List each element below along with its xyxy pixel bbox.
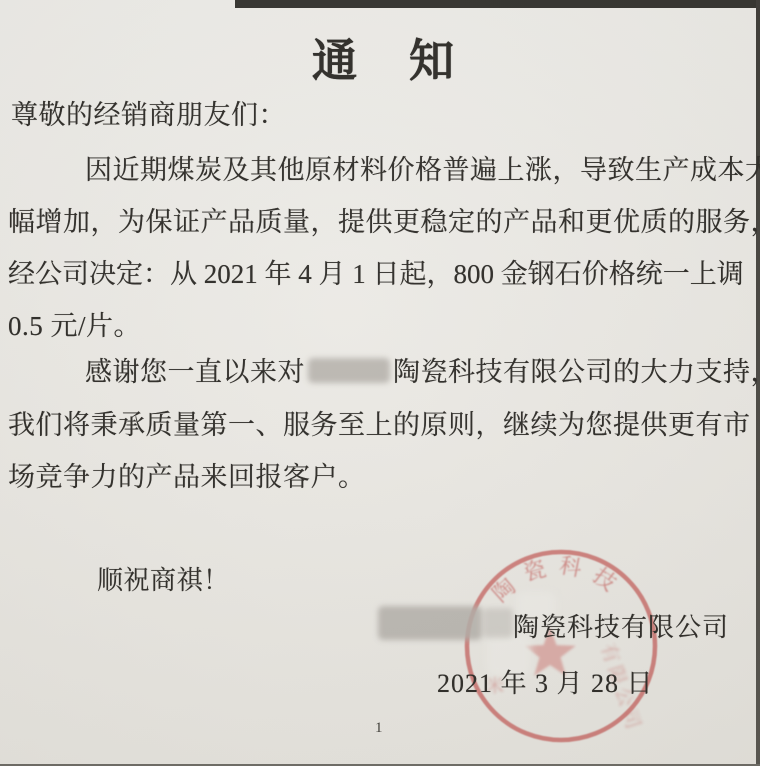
- notice-title: 通知: [312, 24, 506, 89]
- paragraph1-line3: 经公司决定：从 2021 年 4 月 1 日起，800 金钢石价格统一上调: [8, 258, 744, 290]
- svg-text:陶瓷科技: 陶瓷科技: [487, 552, 629, 606]
- salutation: 尊敬的经销商朋友们：: [11, 99, 286, 131]
- stamp-arc-text: 陶瓷科技: [487, 552, 629, 606]
- paragraph1-line2: 幅增加，为保证产品质量，提供更稳定的产品和更优质的服务，: [8, 206, 760, 238]
- scan-edge-top: [235, 0, 760, 8]
- page-number: 1: [375, 720, 383, 737]
- paragraph2-line1: 感谢您一直以来对陶瓷科技有限公司的大力支持，: [85, 356, 760, 388]
- paragraph1-line1: 因近期煤炭及其他原材料价格普遍上涨，导致生产成本大: [85, 154, 760, 186]
- signature-company: 陶瓷科技有限公司: [513, 612, 729, 644]
- redacted-company-prefix-signature: [378, 606, 482, 640]
- paragraph2-line1-before: 感谢您一直以来对: [85, 357, 305, 387]
- notice-date: 2021 年 3 月 28 日: [437, 668, 654, 700]
- notice-document: 通知 尊敬的经销商朋友们： 因近期煤炭及其他原材料价格普遍上涨，导致生产成本大 …: [0, 0, 760, 766]
- paragraph2-line2: 我们将秉承质量第一、服务至上的原则，继续为您提供更有市: [8, 409, 751, 441]
- paragraph2-line1-after: 陶瓷科技有限公司的大力支持，: [393, 357, 760, 387]
- closing-salute: 顺祝商祺！: [97, 565, 230, 597]
- redacted-company-prefix: [308, 358, 390, 383]
- redacted-company-prefix-signature-faint: [483, 608, 513, 638]
- paragraph2-line3: 场竞争力的产品来回报客户。: [8, 461, 366, 493]
- paragraph1-line4: 0.5 元/片。: [8, 310, 141, 342]
